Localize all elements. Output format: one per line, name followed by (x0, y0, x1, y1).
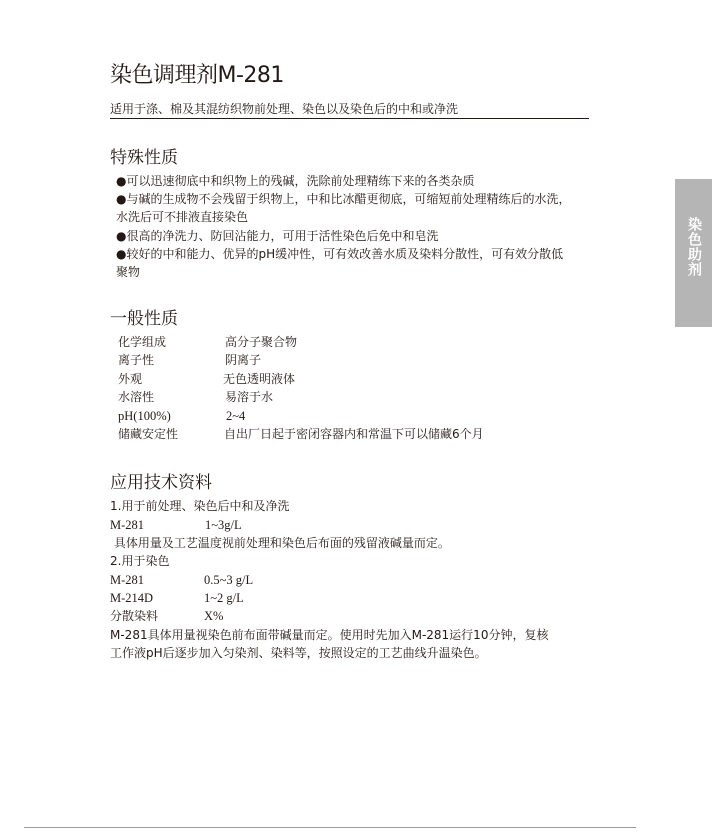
usage-title-pretreatment: 1.用于前处理、染色后中和及净洗 (110, 498, 289, 514)
usage-note: 具体用量及工艺温度视前处理和染色后布面的残留液碱量而定。 (110, 535, 450, 551)
special-property-line: 聚物 (116, 264, 140, 280)
section-heading-technical-data: 应用技术资料 (110, 472, 212, 494)
section-heading-special-properties: 特殊性质 (110, 147, 178, 169)
side-category-label: 染色助剂 (675, 217, 712, 277)
property-label: 外观 (118, 371, 142, 387)
property-value: 高分子聚合物 (225, 334, 297, 350)
property-label: 化学组成 (118, 334, 166, 350)
property-value: 无色透明液体 (223, 371, 295, 387)
dosage-value: 1~2 g/L (204, 590, 244, 606)
property-label: 离子性 (118, 352, 154, 368)
dosage-label: M-281 (110, 517, 144, 533)
dosage-value: 1~3g/L (205, 517, 242, 533)
property-value: 自出厂日起于密闭容器内和常温下可以储藏6个月 (224, 426, 484, 442)
usage-note-line: 工作液pH后逐步加入匀染剂、染料等，按照设定的工艺曲线升温染色。 (110, 645, 487, 661)
footer-divider (24, 827, 636, 828)
special-property-line: 水洗后可不排液直接染色 (116, 209, 248, 225)
property-value: 易溶于水 (225, 389, 273, 405)
page-subtitle: 适用于涤、棉及其混纺织物前处理、染色以及染色后的中和或净洗 (110, 102, 589, 119)
dosage-value: X% (204, 608, 223, 624)
special-property-line: ●与碱的生成物不会残留于织物上，中和比冰醋更彻底，可缩短前处理精练后的水洗， (116, 191, 570, 207)
usage-title-dyeing: 2.用于染色 (110, 553, 169, 569)
special-property-line: ●较好的中和能力、优异的pH缓冲性，可有效改善水质及染料分散性，可有效分散低 (116, 246, 563, 262)
special-property-line: ●可以迅速彻底中和织物上的残碱，洗除前处理精练下来的各类杂质 (116, 173, 474, 189)
property-value: 阴离子 (225, 352, 261, 368)
dosage-label: 分散染料 (110, 608, 158, 624)
section-heading-general-properties: 一般性质 (110, 308, 178, 330)
usage-note-line: M-281具体用量视染色前布面带碱量而定。使用时先加入M-281运行10分钟，复… (110, 627, 548, 643)
page-title: 染色调理剂M-281 (110, 62, 284, 90)
side-category-tab: 染色助剂 (675, 179, 712, 327)
property-label: pH(100%) (118, 408, 171, 424)
property-label: 储藏安定性 (118, 426, 178, 442)
dosage-label: M-214D (110, 590, 153, 606)
dosage-value: 0.5~3 g/L (204, 572, 253, 588)
special-property-line: ●很高的净洗力、防回沾能力，可用于活性染色后免中和皂洗 (116, 228, 438, 244)
property-value: 2~4 (226, 408, 245, 424)
property-label: 水溶性 (118, 389, 154, 405)
dosage-label: M-281 (110, 572, 144, 588)
